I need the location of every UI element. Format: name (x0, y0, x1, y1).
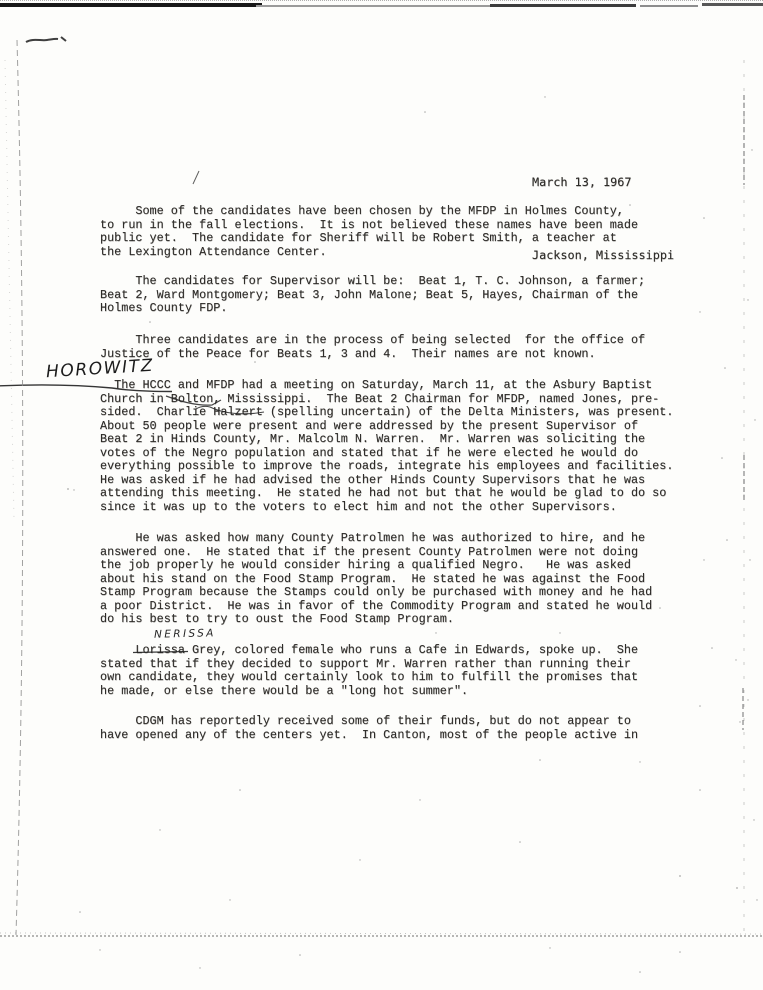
scan-top-edge-artifact (0, 0, 763, 12)
left-edge-faint-line (5, 60, 14, 520)
typed-paragraph-4: The HCCC and MFDP had a meeting on Satur… (100, 379, 673, 514)
left-edge-dashed-line (16, 40, 23, 935)
paragraph-text: Some of the candidates have been chosen … (100, 205, 638, 259)
paragraph-text: Three candidates are in the process of b… (100, 334, 645, 361)
typed-paragraph-1: Some of the candidates have been chosen … (100, 205, 638, 259)
typed-paragraph-7: CDGM has reportedly received some of the… (100, 715, 638, 742)
scanned-document-page: March 13, 1967 Jackson, Mississippi Some… (0, 0, 763, 990)
paragraph-text: The candidates for Supervisor will be: B… (100, 275, 645, 316)
scan-top-bar-segment (640, 5, 698, 7)
right-edge-dash-segments (743, 95, 744, 730)
scan-top-bar-segment (702, 3, 763, 6)
paragraph-text: The HCCC and MFDP had a meeting on Satur… (100, 379, 673, 514)
paragraph-text: Lorissa Grey, colored female who runs a … (100, 644, 638, 698)
typed-paragraph-3: Three candidates are in the process of b… (100, 334, 645, 361)
typed-paragraph-2: The candidates for Supervisor will be: B… (100, 275, 645, 316)
scan-top-bar-segment (0, 3, 262, 7)
bottom-dotted-line-faint (0, 933, 763, 934)
dateline-date: March 13, 1967 (532, 174, 674, 191)
scan-top-bar-segment (490, 4, 636, 7)
paragraph-text: CDGM has reportedly received some of the… (100, 715, 638, 742)
handwritten-name-nerissa: NERISSA (154, 627, 216, 641)
stray-slash-mark (193, 171, 199, 184)
paragraph-text: He was asked how many County Patrolmen h… (100, 532, 652, 627)
ink-smudge (26, 37, 66, 42)
scan-top-bar-segment (256, 5, 494, 7)
scan-top-dotted-line (0, 0, 763, 1)
typed-paragraph-6: Lorissa Grey, colored female who runs a … (100, 644, 638, 698)
typed-paragraph-5: He was asked how many County Patrolmen h… (100, 532, 652, 627)
